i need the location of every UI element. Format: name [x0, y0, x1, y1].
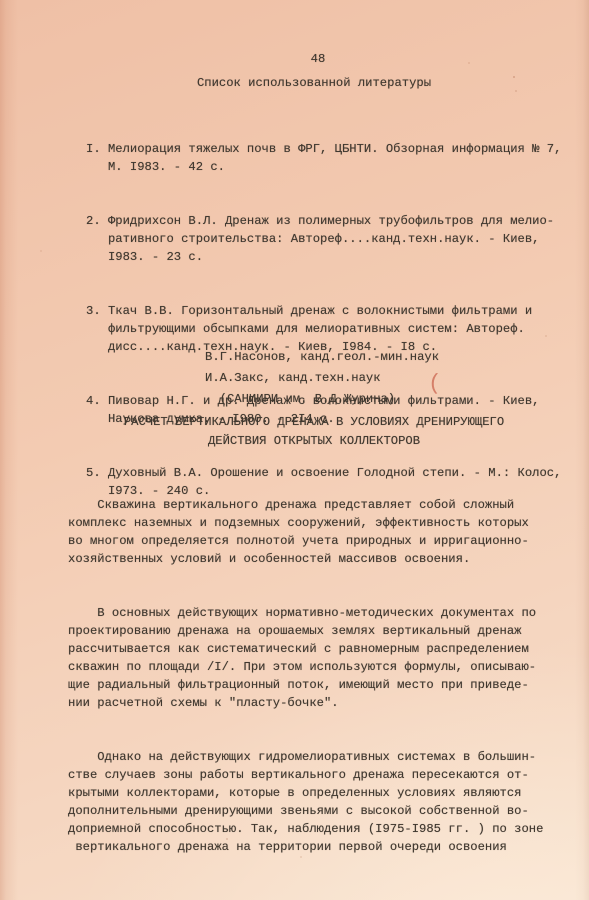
paper-speckles — [0, 0, 2, 2]
reference-item: 2. Фридрихсон В.Л. Дренаж из полимерных … — [86, 212, 586, 266]
references-heading: Список использованной литературы — [68, 74, 560, 92]
handwritten-red-mark: ( — [428, 372, 442, 396]
authors-affiliation-block: В.Г.Насонов, канд.геол.-мин.наук И.А.Зак… — [205, 347, 545, 410]
article-body: Скважина вертикального дренажа представл… — [68, 460, 573, 892]
scanned-document-page: 48 Список использованной литературы I. М… — [0, 0, 589, 900]
paragraph: В основных действующих нормативно-методи… — [68, 604, 573, 712]
reference-item: I. Мелиорация тяжелых почв в ФРГ, ЦБНТИ.… — [86, 140, 586, 176]
paragraph: Скважина вертикального дренажа представл… — [68, 496, 573, 568]
paragraph: Однако на действующих гидромелиоративных… — [68, 748, 573, 856]
article-title: РАСЧЕТ ВЕРТИКАЛЬНОГО ДРЕНАЖА В УСЛОВИЯХ … — [68, 413, 560, 450]
page-number: 48 — [68, 50, 568, 68]
